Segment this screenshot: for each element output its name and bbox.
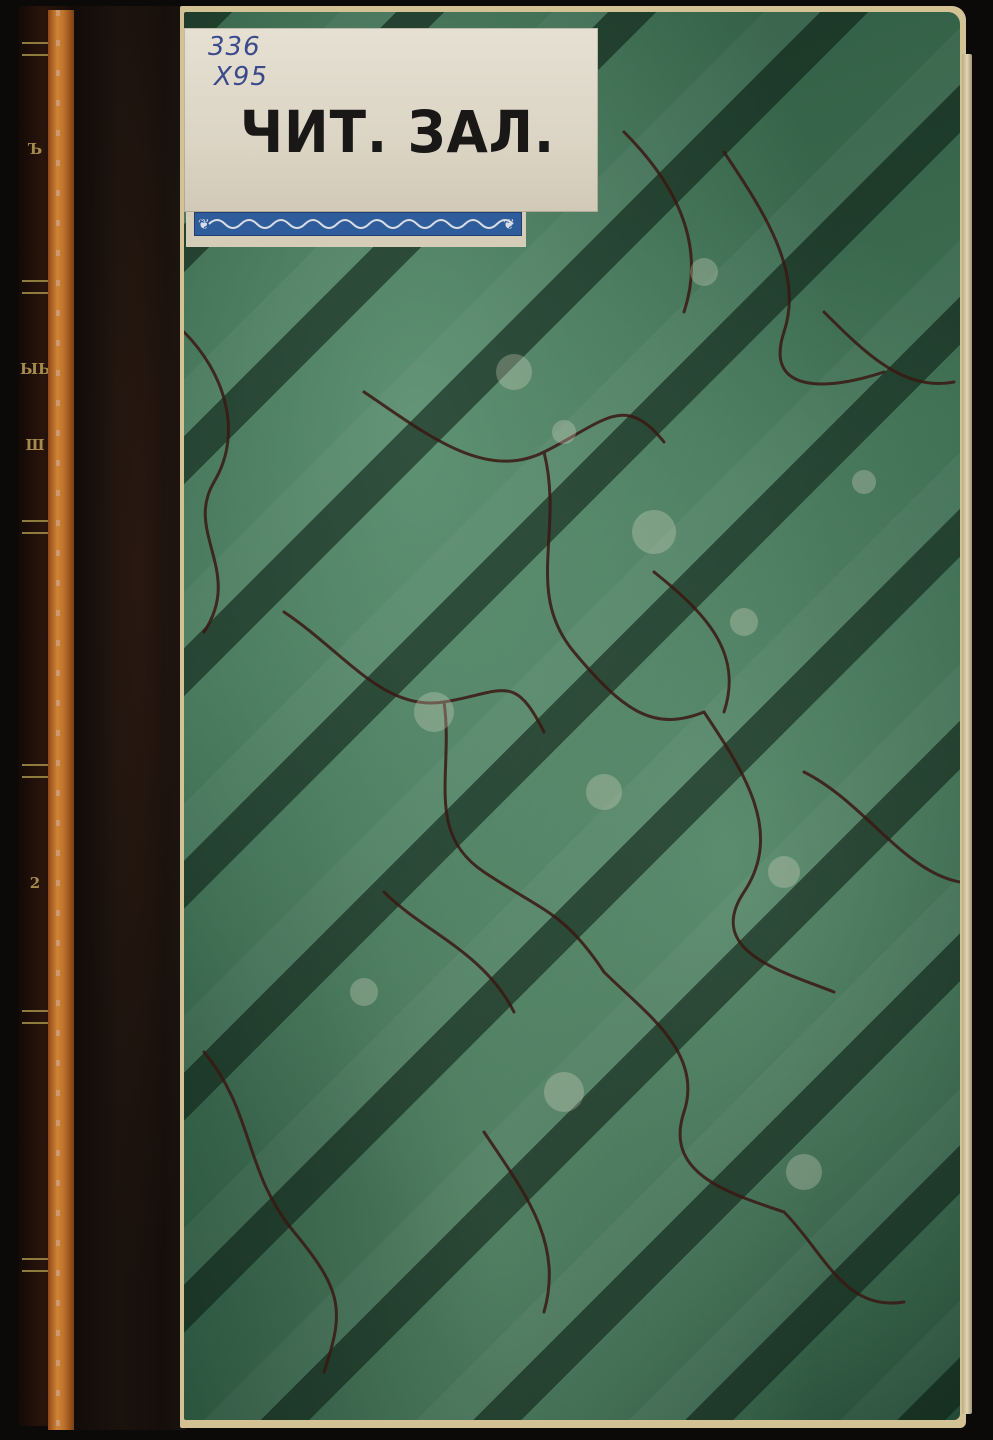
- svg-text:❦: ❦: [198, 217, 210, 233]
- spine-lettering: ЫЫ: [20, 360, 50, 378]
- spine-lettering: Ъ: [20, 140, 50, 158]
- dark-cloth-hinge: [74, 6, 186, 1430]
- scroll-ornament-icon: ❦ ❦: [195, 213, 521, 235]
- spine-gilt-band: [22, 520, 48, 534]
- spine-gilt-band: [22, 1258, 48, 1272]
- spine-lettering: 2: [20, 874, 50, 892]
- page-edge: [962, 54, 972, 1414]
- blue-ornament-border: ❦ ❦: [194, 212, 522, 236]
- book-cover-photo: Ъ ЫЫ Ш 2: [0, 0, 993, 1440]
- svg-text:❦: ❦: [503, 217, 515, 233]
- spine-gilt-band: [22, 280, 48, 294]
- spine-gilt-band: [22, 42, 48, 56]
- spine-gilt-band: [22, 1010, 48, 1024]
- reading-room-title: ЧИТ. ЗАЛ.: [240, 98, 555, 166]
- spine-worn-edge: [48, 10, 74, 1430]
- spine-gilt-band: [22, 764, 48, 778]
- spine-lettering: Ш: [20, 436, 50, 454]
- shelfmark-number: 336: [208, 34, 261, 60]
- shelfmark-code: X95: [214, 64, 268, 90]
